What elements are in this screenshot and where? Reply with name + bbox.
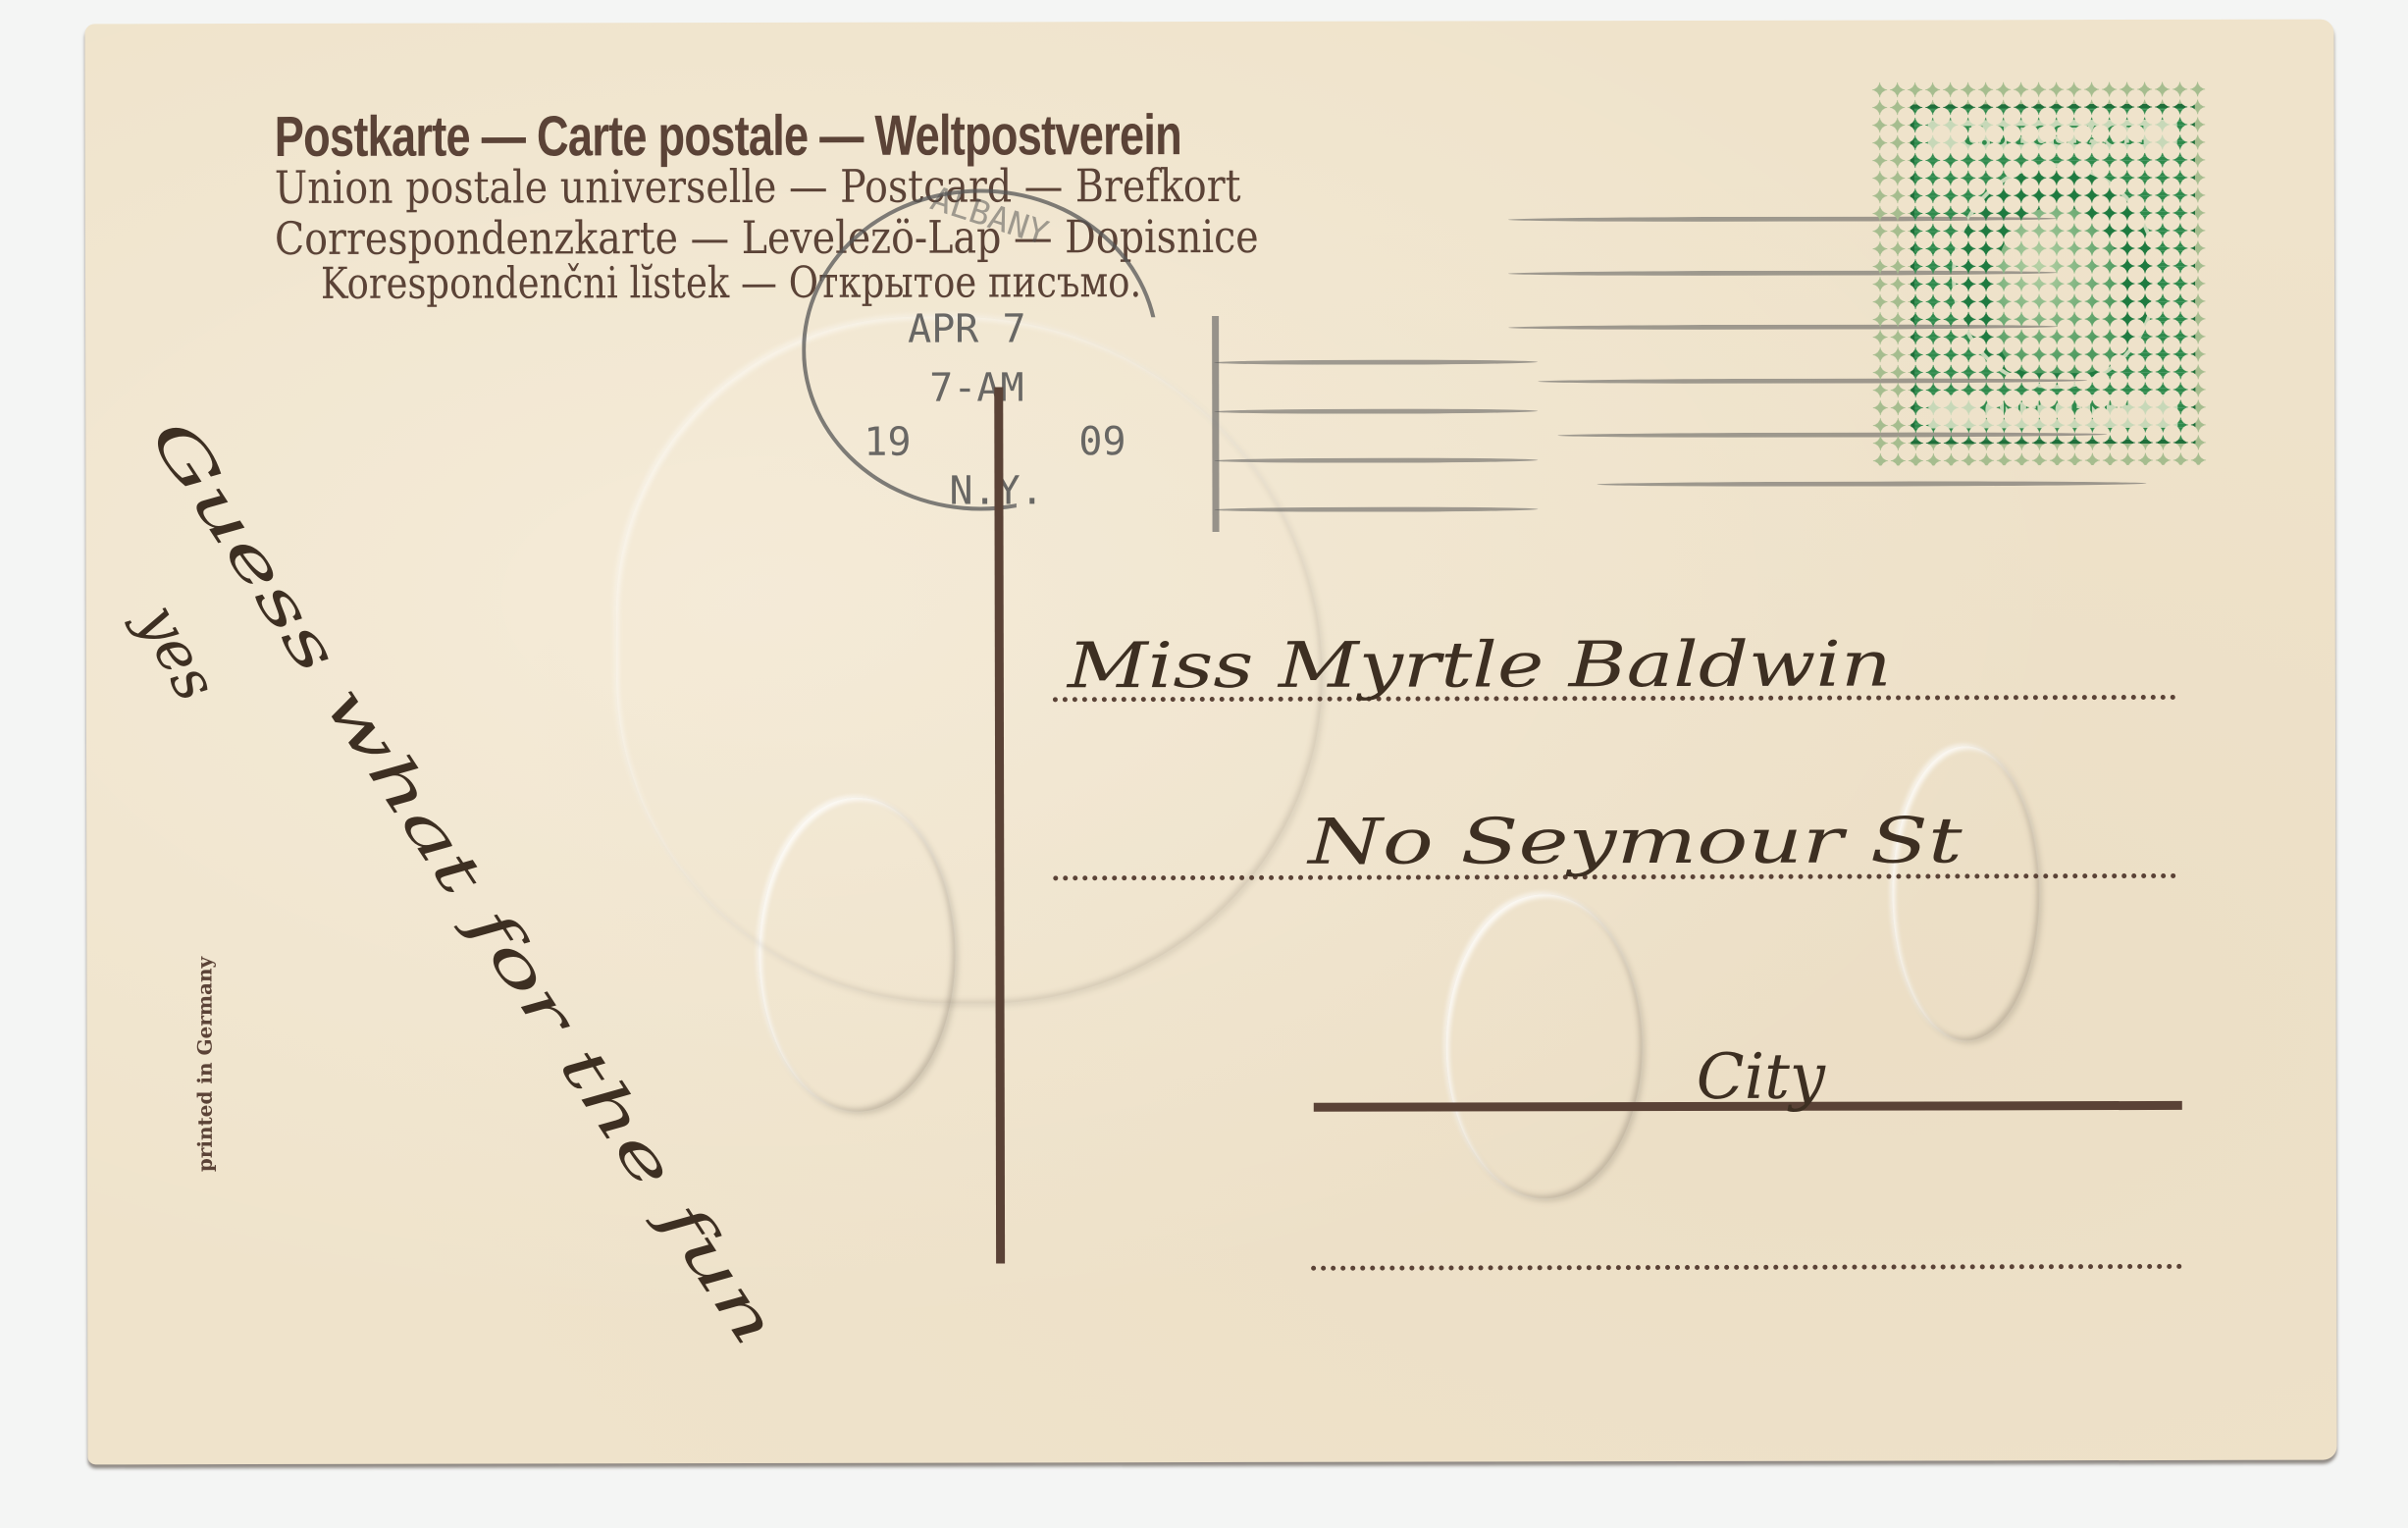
address-line-4	[1311, 1264, 2182, 1271]
postmark-year-left: 19	[864, 420, 911, 465]
postmark-date: APR 7	[908, 306, 1026, 351]
portrait-icon	[1995, 206, 2122, 373]
center-divider	[994, 387, 1005, 1263]
address-street: No Seymour St	[1308, 805, 1963, 878]
printed-in-germany-imprint: printed in Germany	[192, 957, 216, 1172]
postage-stamp: U.S.POSTAGE ONE CENT	[1871, 80, 2208, 466]
postcard: Postkarte — Carte postale — Weltpostvere…	[84, 20, 2336, 1465]
embossed-wheel-front	[1445, 894, 1643, 1198]
cancel-line	[1214, 457, 1538, 463]
stamp-bottom-label: ONE CENT	[1928, 395, 2177, 429]
message-line-2: yes	[124, 593, 231, 711]
postmark-time: 7-AM	[929, 365, 1023, 410]
cancel-line	[1214, 408, 1538, 414]
cancel-line	[1214, 506, 1538, 512]
cancel-line	[1214, 359, 1538, 365]
embossed-wheel-back	[1892, 746, 2040, 1040]
address-city: City	[1697, 1041, 1825, 1114]
header-line-2: Union postale universelle — Postcard — B…	[275, 159, 1241, 214]
address-recipient: Miss Myrtle Baldwin	[1068, 629, 1892, 704]
postmark-year-right: 09	[1078, 419, 1125, 464]
stamp-frame: U.S.POSTAGE ONE CENT	[1911, 104, 2196, 445]
cancel-line	[1597, 481, 2146, 487]
stamp-top-label: U.S.POSTAGE	[1928, 120, 2177, 154]
cancel-flagpole	[1212, 316, 1219, 532]
stamp-portrait-oval	[1952, 163, 2158, 389]
